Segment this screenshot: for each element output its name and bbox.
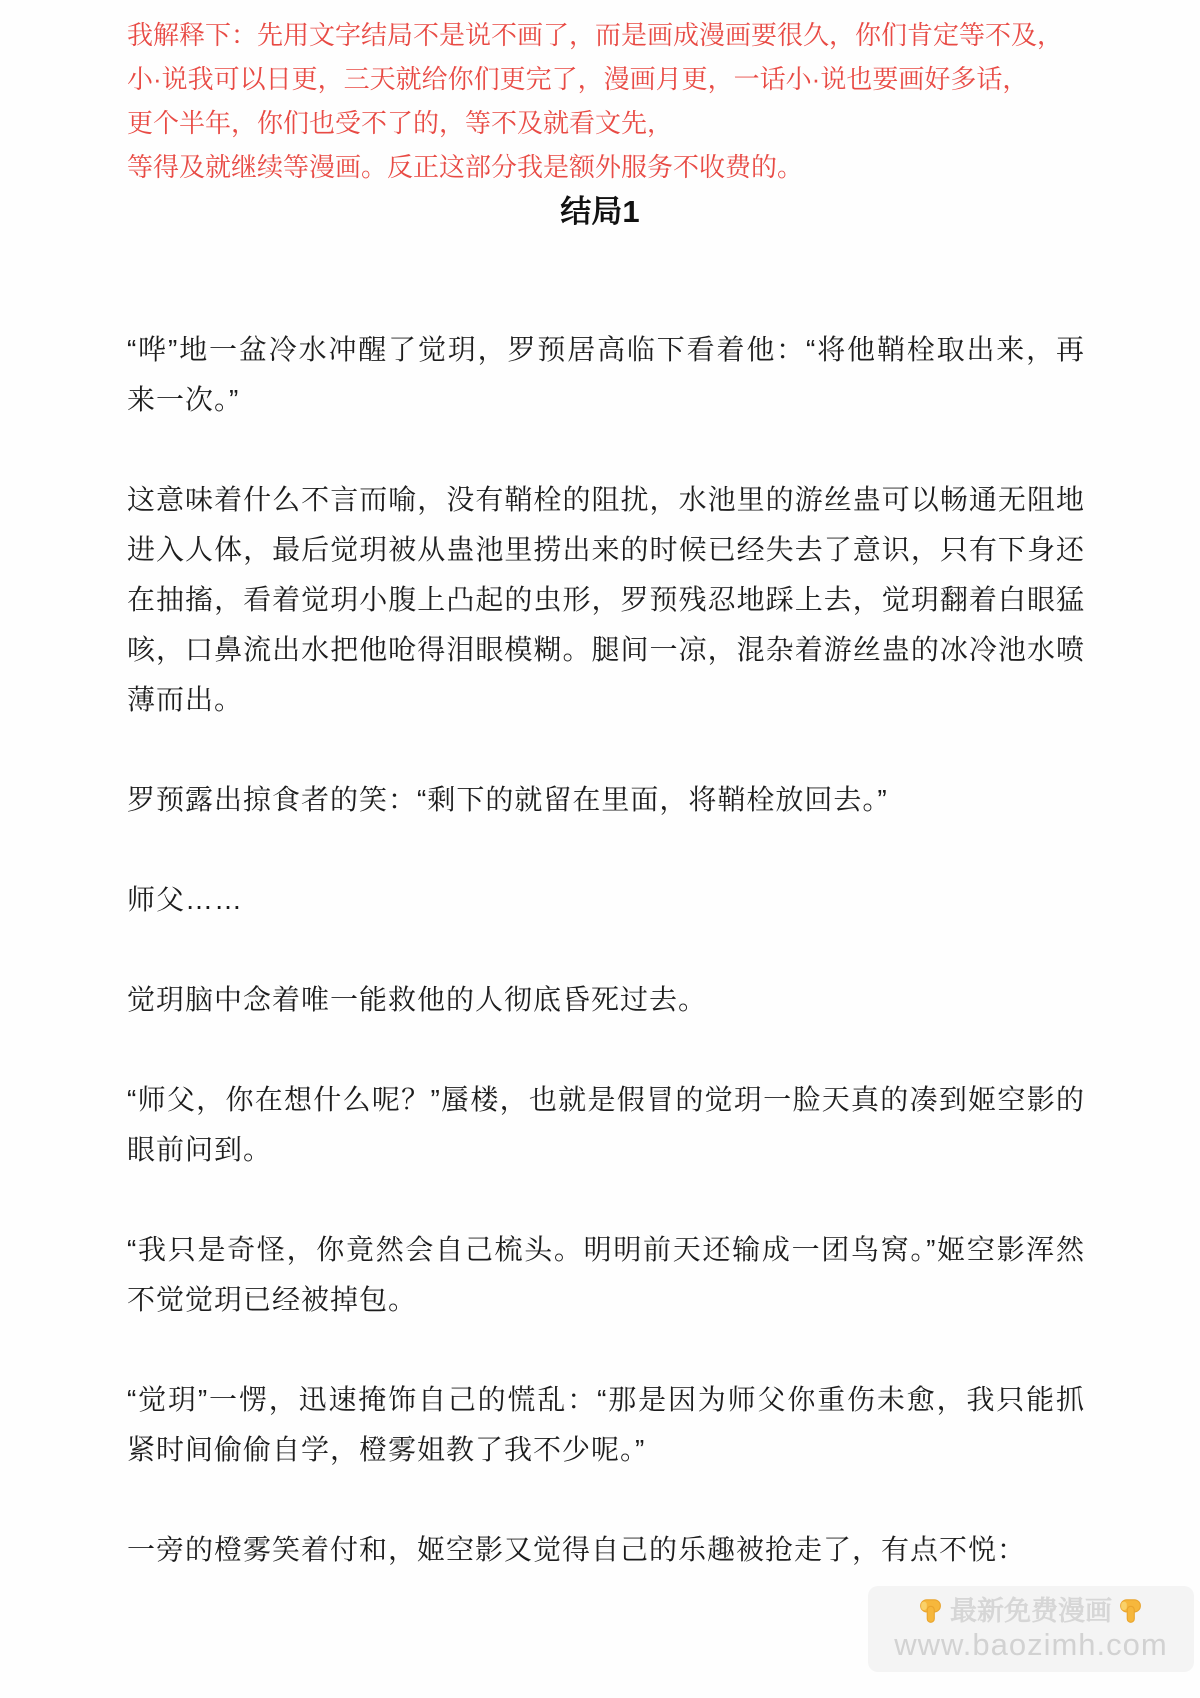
point-down-icon (1116, 1596, 1146, 1626)
novel-body: “哗”地一盆冷水冲醒了觉玥，罗预居高临下看着他：“将他鞘栓取出来，再来一次。”这… (127, 325, 1085, 1625)
novel-page: 我解释下：先用文字结局不是说不画了，而是画成漫画要很久，你们肯定等不及，小·说我… (0, 0, 1200, 1698)
watermark-label-row: 最新免费漫画 (916, 1595, 1146, 1627)
author-note-line: 等得及就继续等漫画。反正这部分我是额外服务不收费的。 (127, 145, 1160, 189)
watermark-badge: 最新免费漫画 www.baozimh.com (868, 1586, 1194, 1672)
paragraph: “我只是奇怪，你竟然会自己梳头。明明前天还输成一团鸟窝。”姬空影浑然不觉觉玥已经… (127, 1225, 1085, 1325)
author-note-line: 我解释下：先用文字结局不是说不画了，而是画成漫画要很久，你们肯定等不及， (127, 13, 1160, 57)
watermark-url: www.baozimh.com (894, 1627, 1167, 1663)
paragraph: 师父…… (127, 875, 1085, 925)
paragraph: “觉玥”一愣，迅速掩饰自己的慌乱：“那是因为师父你重伤未愈，我只能抓紧时间偷偷自… (127, 1375, 1085, 1475)
chapter-title: 结局1 (0, 186, 1200, 231)
paragraph: “哗”地一盆冷水冲醒了觉玥，罗预居高临下看着他：“将他鞘栓取出来，再来一次。” (127, 325, 1085, 425)
author-note: 我解释下：先用文字结局不是说不画了，而是画成漫画要很久，你们肯定等不及，小·说我… (127, 13, 1160, 189)
point-down-icon (916, 1596, 946, 1626)
author-note-line: 更个半年，你们也受不了的，等不及就看文先， (127, 101, 1160, 145)
paragraph: 这意味着什么不言而喻，没有鞘栓的阻扰，水池里的游丝蛊可以畅通无阻地进入人体，最后… (127, 475, 1085, 725)
paragraph: “师父，你在想什么呢？”蜃楼，也就是假冒的觉玥一脸天真的凑到姬空影的眼前问到。 (127, 1075, 1085, 1175)
paragraph: 觉玥脑中念着唯一能救他的人彻底昏死过去。 (127, 975, 1085, 1025)
watermark-label: 最新免费漫画 (950, 1595, 1112, 1627)
paragraph: 一旁的橙雾笑着付和，姬空影又觉得自己的乐趣被抢走了，有点不悦： (127, 1525, 1085, 1575)
paragraph: 罗预露出掠食者的笑：“剩下的就留在里面，将鞘栓放回去。” (127, 775, 1085, 825)
author-note-line: 小·说我可以日更，三天就给你们更完了，漫画月更，一话小·说也要画好多话， (127, 57, 1160, 101)
